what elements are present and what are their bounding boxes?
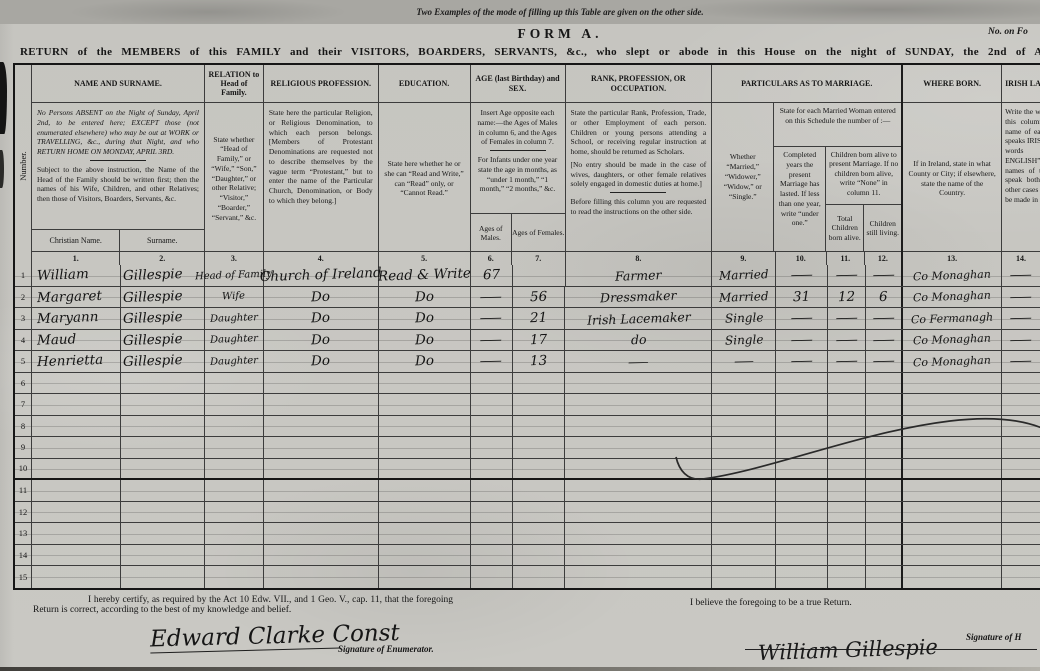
cell-married bbox=[712, 480, 776, 501]
age-instructions: Insert Age opposite each name:—the Ages … bbox=[471, 103, 565, 213]
cell-irish: — bbox=[1002, 330, 1040, 351]
handwritten-entry: 56 bbox=[530, 288, 548, 305]
cell-christian bbox=[32, 394, 121, 415]
handwritten-entry: Do bbox=[414, 353, 434, 370]
cell-relation bbox=[205, 566, 264, 588]
cell-surname bbox=[121, 459, 205, 479]
cell-irish bbox=[1002, 523, 1040, 544]
age-note2: For Infants under one year state the age… bbox=[476, 155, 560, 194]
cell-age_m: — bbox=[471, 287, 513, 308]
cell-relation bbox=[205, 545, 264, 566]
cell-married bbox=[712, 394, 776, 415]
handwritten-entry: — bbox=[835, 332, 859, 348]
cell-total: — bbox=[828, 330, 866, 351]
handwritten-entry: — bbox=[733, 354, 754, 368]
enumerator-certification-text: I hereby certify, as required by the Act… bbox=[33, 595, 453, 616]
cell-no: 15 bbox=[15, 566, 32, 588]
cell-irish bbox=[1002, 394, 1040, 415]
cell-age_m bbox=[471, 437, 513, 458]
table-row: 5HenriettaGillespieDaughterDoDo—13—————C… bbox=[15, 351, 1040, 373]
row-number: 6 bbox=[21, 378, 25, 388]
cell-religion: Do bbox=[264, 308, 379, 329]
enumerator-signature-label: Signature of Enumerator. bbox=[338, 644, 434, 654]
handwritten-entry: do bbox=[630, 332, 646, 348]
cell-education bbox=[379, 416, 471, 437]
cell-years: 31 bbox=[776, 287, 828, 308]
cell-occupation bbox=[565, 459, 712, 479]
handwritten-entry: Irish Lacemaker bbox=[586, 309, 690, 328]
cell-age_f bbox=[513, 545, 566, 566]
handwritten-entry: Church of Ireland bbox=[260, 265, 382, 285]
row-number: 12 bbox=[19, 507, 28, 517]
cell-years bbox=[776, 545, 828, 566]
whereborn-title: WHERE BORN. bbox=[903, 65, 1001, 103]
cell-occupation bbox=[565, 437, 712, 458]
cell-age_m bbox=[471, 502, 513, 523]
row-number: 9 bbox=[21, 442, 25, 452]
form-title: FORM A. bbox=[455, 26, 665, 42]
cell-age_f: 17 bbox=[513, 330, 566, 351]
cell-years bbox=[776, 373, 828, 394]
cell-born bbox=[903, 523, 1002, 544]
head-signature-label: Signature of H bbox=[966, 632, 1022, 642]
handwritten-entry: — bbox=[835, 267, 859, 283]
cell-education: Do bbox=[379, 330, 471, 351]
cell-living: 6 bbox=[866, 287, 903, 308]
cell-religion bbox=[264, 373, 379, 394]
cell-occupation bbox=[565, 480, 712, 501]
cell-no: 5 bbox=[15, 351, 32, 372]
cell-relation: Wife bbox=[205, 287, 264, 308]
cell-age_m: — bbox=[471, 330, 513, 351]
completed-years-instructions: Completed years the present Marriage has… bbox=[774, 147, 826, 251]
name-note1: No Persons ABSENT on the Night of Sunday… bbox=[37, 108, 199, 157]
name-subheaders: Christian Name. Surname. bbox=[32, 229, 204, 251]
cell-married: — bbox=[712, 351, 776, 372]
handwritten-entry: Read & Write bbox=[378, 266, 471, 285]
religion-instructions: State here the particular Religion, or R… bbox=[264, 103, 378, 251]
handwritten-entry: Wife bbox=[222, 291, 245, 303]
cell-education bbox=[379, 437, 471, 458]
cell-living bbox=[866, 394, 903, 415]
handwritten-entry: Gillespie bbox=[123, 309, 183, 327]
cell-living: — bbox=[866, 308, 903, 329]
handwritten-entry: Do bbox=[311, 310, 331, 327]
cell-christian bbox=[32, 502, 121, 523]
marriage-title: PARTICULARS AS TO MARRIAGE. bbox=[712, 65, 901, 103]
handwritten-entry: Daughter bbox=[210, 312, 258, 325]
age-title: AGE (last Birthday) and SEX. bbox=[471, 65, 565, 103]
cell-occupation bbox=[565, 416, 712, 437]
cell-religion bbox=[264, 566, 379, 588]
handwritten-entry: Do bbox=[414, 331, 434, 348]
table-row: 15 bbox=[15, 566, 1040, 588]
table-row: 10 bbox=[15, 459, 1040, 481]
cell-living: — bbox=[866, 265, 903, 286]
cell-surname bbox=[121, 502, 205, 523]
cell-christian: Maryann bbox=[32, 308, 121, 329]
cell-total bbox=[828, 459, 866, 479]
table-row: 14 bbox=[15, 545, 1040, 567]
cell-years bbox=[776, 437, 828, 458]
cell-religion: Do bbox=[264, 351, 379, 372]
cell-born bbox=[903, 566, 1002, 588]
cell-born: Co Fermanagh bbox=[903, 308, 1002, 329]
handwritten-entry: Henrietta bbox=[37, 352, 104, 370]
cell-age_m: — bbox=[471, 351, 513, 372]
handwritten-entry: Do bbox=[414, 310, 434, 327]
marriage-zone: Whether “Married,” “Widower,” “Widow,” o… bbox=[712, 103, 901, 251]
cell-years bbox=[776, 523, 828, 544]
cell-education bbox=[379, 373, 471, 394]
cell-education bbox=[379, 566, 471, 588]
children-living-subheader: Children still living. bbox=[864, 205, 901, 251]
handwritten-entry: 13 bbox=[530, 353, 548, 370]
cell-relation: Daughter bbox=[205, 308, 264, 329]
head-of-family-signature: William Gillespie bbox=[758, 635, 939, 665]
cell-religion bbox=[264, 437, 379, 458]
handwritten-entry: 21 bbox=[530, 310, 548, 327]
row-number: 15 bbox=[19, 572, 28, 582]
cell-irish: — bbox=[1002, 308, 1040, 329]
children-born-note: Children born alive to present Marriage.… bbox=[826, 147, 901, 205]
cell-years: — bbox=[776, 308, 828, 329]
table-row: 11 bbox=[15, 480, 1040, 502]
name-column-numbers: 1. 2. bbox=[32, 251, 204, 265]
column-number-4: 4. bbox=[264, 251, 378, 265]
cell-age_m bbox=[471, 480, 513, 501]
cell-surname bbox=[121, 373, 205, 394]
cell-age_f bbox=[513, 373, 566, 394]
cell-married: Married bbox=[712, 265, 776, 286]
cell-total bbox=[828, 437, 866, 458]
age-subheaders: Ages of Males. Ages of Females. bbox=[471, 213, 565, 251]
cell-born: Co Monaghan bbox=[903, 351, 1002, 372]
cell-total bbox=[828, 523, 866, 544]
handwritten-entry: Daughter bbox=[210, 333, 258, 346]
cell-christian bbox=[32, 437, 121, 458]
handwritten-entry: — bbox=[872, 267, 896, 283]
cell-age_f: 56 bbox=[513, 287, 566, 308]
cell-age_f bbox=[513, 523, 566, 544]
cell-no: 6 bbox=[15, 373, 32, 394]
column-irish-header: IRISH LANGUAGE. Write the word “IRISH” i… bbox=[1002, 65, 1040, 265]
relation-title: RELATION to Head of Family. bbox=[205, 65, 263, 103]
cell-christian bbox=[32, 480, 121, 501]
handwritten-entry: William bbox=[37, 266, 89, 284]
cell-christian bbox=[32, 566, 121, 588]
cell-married bbox=[712, 416, 776, 437]
handwritten-entry: — bbox=[835, 353, 859, 369]
cell-education: Do bbox=[379, 351, 471, 372]
cell-surname: Gillespie bbox=[121, 287, 205, 308]
cell-age_m bbox=[471, 523, 513, 544]
cell-married bbox=[712, 523, 776, 544]
cell-years bbox=[776, 502, 828, 523]
table-row: 13 bbox=[15, 523, 1040, 545]
cell-relation bbox=[205, 502, 264, 523]
cell-education bbox=[379, 523, 471, 544]
cell-living bbox=[866, 373, 903, 394]
cell-religion bbox=[264, 459, 379, 479]
cell-years bbox=[776, 480, 828, 501]
cell-religion: Church of Ireland bbox=[264, 265, 379, 286]
cell-age_m bbox=[471, 394, 513, 415]
handwritten-entry: Single bbox=[724, 311, 763, 326]
cell-occupation: Irish Lacemaker bbox=[565, 308, 712, 329]
handwritten-entry: — bbox=[790, 310, 814, 326]
cell-occupation: do bbox=[565, 330, 712, 351]
handwritten-entry: 17 bbox=[530, 332, 548, 349]
cell-religion: Do bbox=[264, 330, 379, 351]
relation-instructions: State whether “Head of Family,” or “Wife… bbox=[205, 103, 263, 251]
cell-relation: Daughter bbox=[205, 351, 264, 372]
cell-religion bbox=[264, 523, 379, 544]
cell-years bbox=[776, 566, 828, 588]
handwritten-entry: — bbox=[872, 332, 896, 348]
table-row: 2MargaretGillespieWifeDoDo—56DressmakerM… bbox=[15, 287, 1040, 309]
cell-married bbox=[712, 566, 776, 588]
age-note1: Insert Age opposite each name:—the Ages … bbox=[476, 108, 560, 147]
cell-living bbox=[866, 566, 903, 588]
cell-total bbox=[828, 502, 866, 523]
irish-title: IRISH LANGUAGE. bbox=[1002, 65, 1040, 103]
column-occupation-header: RANK, PROFESSION, OR OCCUPATION. State t… bbox=[566, 65, 713, 265]
cell-irish: — bbox=[1002, 287, 1040, 308]
cell-total bbox=[828, 394, 866, 415]
cell-no: 9 bbox=[15, 437, 32, 458]
table-row: 8 bbox=[15, 416, 1040, 438]
cell-born bbox=[903, 437, 1002, 458]
census-table: Number. NAME AND SURNAME. No Persons ABS… bbox=[13, 63, 1040, 590]
cell-occupation: Farmer bbox=[566, 265, 713, 286]
cell-surname bbox=[121, 523, 205, 544]
table-row: 12 bbox=[15, 502, 1040, 524]
cell-education: Do bbox=[379, 308, 471, 329]
enumerator-signature: Edward Clarke Const bbox=[150, 622, 341, 654]
cell-relation bbox=[205, 373, 264, 394]
occupation-note2: [No entry should be made in the case of … bbox=[571, 160, 707, 189]
cell-occupation bbox=[565, 394, 712, 415]
cell-surname bbox=[121, 437, 205, 458]
cell-living bbox=[866, 437, 903, 458]
cell-total bbox=[828, 566, 866, 588]
cell-age_m bbox=[471, 416, 513, 437]
handwritten-entry: Do bbox=[414, 288, 434, 305]
cell-no: 2 bbox=[15, 287, 32, 308]
column-number-7: 7. bbox=[512, 252, 564, 265]
cell-no: 12 bbox=[15, 502, 32, 523]
marriage-subzone: Completed years the present Marriage has… bbox=[774, 147, 901, 251]
cell-christian: William bbox=[32, 265, 121, 286]
divider-rule bbox=[610, 192, 666, 193]
handwritten-entry: Co Fermanagh bbox=[911, 310, 993, 326]
cell-born bbox=[903, 545, 1002, 566]
handwritten-entry: — bbox=[1009, 353, 1033, 369]
cell-age_f bbox=[513, 265, 566, 286]
handwritten-entry: Co Monaghan bbox=[913, 289, 991, 305]
handwritten-entry: — bbox=[872, 353, 896, 369]
column-number-10: 10. bbox=[776, 252, 827, 265]
row-number: 11 bbox=[19, 485, 27, 495]
cell-irish: — bbox=[1002, 265, 1040, 286]
cell-total: 12 bbox=[828, 287, 866, 308]
handwritten-entry: Gillespie bbox=[123, 288, 183, 306]
cell-irish bbox=[1002, 566, 1040, 588]
row-number: 10 bbox=[19, 463, 28, 473]
cell-religion bbox=[264, 416, 379, 437]
cell-relation: Head of Family bbox=[205, 265, 264, 286]
cell-age_f: 21 bbox=[513, 308, 566, 329]
cell-no: 3 bbox=[15, 308, 32, 329]
cell-christian: Maud bbox=[32, 330, 121, 351]
scan-edge-artifact bbox=[0, 62, 7, 134]
column-number-12: 12. bbox=[865, 252, 902, 265]
occupation-title: RANK, PROFESSION, OR OCCUPATION. bbox=[566, 65, 712, 103]
divider-rule bbox=[90, 160, 146, 161]
cell-irish bbox=[1002, 545, 1040, 566]
handwritten-entry: Farmer bbox=[615, 267, 662, 284]
cell-irish bbox=[1002, 373, 1040, 394]
handwritten-entry: Gillespie bbox=[123, 266, 183, 284]
row-number: 5 bbox=[21, 356, 25, 366]
cell-total: — bbox=[828, 351, 866, 372]
handwritten-entry: Co Monaghan bbox=[913, 353, 991, 369]
handwritten-entry: — bbox=[1009, 267, 1033, 283]
cell-relation bbox=[205, 480, 264, 501]
table-row: 7 bbox=[15, 394, 1040, 416]
cell-christian bbox=[32, 459, 121, 479]
return-heading: RETURN of the MEMBERS of this FAMILY and… bbox=[20, 46, 1040, 58]
column-number-13: 13. bbox=[903, 251, 1001, 265]
cell-relation: Daughter bbox=[205, 330, 264, 351]
cell-no: 14 bbox=[15, 545, 32, 566]
cell-age_f bbox=[513, 480, 566, 501]
cell-christian bbox=[32, 545, 121, 566]
cell-occupation: — bbox=[565, 351, 712, 372]
cell-relation bbox=[205, 437, 264, 458]
cell-occupation bbox=[565, 502, 712, 523]
cell-irish bbox=[1002, 459, 1040, 479]
cell-living bbox=[866, 480, 903, 501]
table-row: 3MaryannGillespieDaughterDoDo—21Irish La… bbox=[15, 308, 1040, 330]
handwritten-entry: — bbox=[1009, 332, 1033, 348]
marriage-column-numbers: 9. 10. 11. 12. bbox=[712, 251, 901, 265]
table-row: 4MaudGillespieDaughterDoDo—17doSingle———… bbox=[15, 330, 1040, 352]
cell-married: Married bbox=[712, 287, 776, 308]
married-woman-note: State for each Married Woman entered on … bbox=[774, 103, 901, 147]
cell-age_f bbox=[513, 437, 566, 458]
row-number: 1 bbox=[21, 270, 25, 280]
column-relation-header: RELATION to Head of Family. State whethe… bbox=[205, 65, 264, 265]
cell-years bbox=[776, 394, 828, 415]
column-number-8: 8. bbox=[566, 251, 712, 265]
handwritten-entry: Maryann bbox=[37, 309, 99, 327]
column-number-2: 2. bbox=[120, 252, 204, 265]
cell-no: 4 bbox=[15, 330, 32, 351]
handwritten-entry: — bbox=[479, 332, 503, 348]
column-number-5: 5. bbox=[379, 251, 470, 265]
handwritten-entry: 31 bbox=[793, 288, 811, 305]
cell-born bbox=[903, 394, 1002, 415]
cell-surname bbox=[121, 566, 205, 588]
handwritten-entry: Do bbox=[311, 353, 331, 370]
cell-married: Single bbox=[712, 330, 776, 351]
handwritten-entry: Maud bbox=[37, 331, 77, 348]
cell-religion bbox=[264, 394, 379, 415]
handwritten-entry: Co Monaghan bbox=[913, 332, 991, 348]
cell-age_f bbox=[513, 502, 566, 523]
name-note2: Subject to the above instruction, the Na… bbox=[37, 165, 199, 204]
handwritten-entry: — bbox=[790, 353, 814, 369]
cell-irish bbox=[1002, 437, 1040, 458]
row-number: 2 bbox=[21, 292, 25, 302]
handwritten-entry: — bbox=[479, 310, 503, 326]
children-subheaders: Total Children born alive. Children stil… bbox=[826, 205, 901, 251]
column-number-14: 14. bbox=[1002, 251, 1040, 265]
cell-surname: Gillespie bbox=[121, 308, 205, 329]
cell-total bbox=[828, 480, 866, 501]
cell-years: — bbox=[776, 265, 828, 286]
row-number: 14 bbox=[19, 550, 28, 560]
cell-education bbox=[379, 480, 471, 501]
number-column-title: Number. bbox=[18, 134, 28, 198]
row-number: 8 bbox=[21, 421, 25, 431]
table-row: 1WilliamGillespieHead of FamilyChurch of… bbox=[15, 265, 1040, 287]
cell-occupation bbox=[565, 523, 712, 544]
column-age-header: AGE (last Birthday) and SEX. Insert Age … bbox=[471, 65, 566, 265]
cell-married: Single bbox=[712, 308, 776, 329]
cell-christian: Margaret bbox=[32, 287, 121, 308]
table-row: 9 bbox=[15, 437, 1040, 459]
column-religion-header: RELIGIOUS PROFESSION. State here the par… bbox=[264, 65, 379, 265]
occupation-note3: Before filling this column you are reque… bbox=[571, 197, 707, 217]
cell-married bbox=[712, 545, 776, 566]
handwritten-entry: Single bbox=[724, 332, 763, 347]
cell-married bbox=[712, 437, 776, 458]
cell-irish: — bbox=[1002, 351, 1040, 372]
handwritten-entry: — bbox=[479, 353, 503, 369]
column-number-9: 9. bbox=[712, 252, 775, 265]
age-column-numbers: 6. 7. bbox=[471, 251, 565, 265]
religion-title: RELIGIOUS PROFESSION. bbox=[264, 65, 378, 103]
christian-name-subheader: Christian Name. bbox=[32, 230, 120, 251]
whereborn-instructions: If in Ireland, state in what County or C… bbox=[903, 103, 1001, 251]
cell-total: — bbox=[828, 308, 866, 329]
cell-religion: Do bbox=[264, 287, 379, 308]
ages-of-males-subheader: Ages of Males. bbox=[471, 214, 513, 251]
cell-living bbox=[866, 545, 903, 566]
irish-instructions-wrap: Write the word “IRISH” in this column op… bbox=[1002, 103, 1040, 251]
row-number: 4 bbox=[21, 335, 25, 345]
cell-irish bbox=[1002, 502, 1040, 523]
column-number-3: 3. bbox=[205, 251, 263, 265]
cell-age_f bbox=[513, 566, 566, 588]
cell-education bbox=[379, 459, 471, 479]
cell-education bbox=[379, 394, 471, 415]
cell-years: — bbox=[776, 351, 828, 372]
cell-education bbox=[379, 545, 471, 566]
cell-age_m: — bbox=[471, 308, 513, 329]
handwritten-entry: 6 bbox=[879, 289, 888, 305]
whether-married-instructions: Whether “Married,” “Widower,” “Widow,” o… bbox=[712, 103, 774, 251]
cell-no: 11 bbox=[15, 480, 32, 501]
census-form-scan: Two Examples of the mode of filling up t… bbox=[0, 0, 1040, 671]
cell-irish bbox=[1002, 480, 1040, 501]
cell-religion bbox=[264, 545, 379, 566]
row-number: 13 bbox=[19, 528, 28, 538]
column-number-11: 11. bbox=[827, 252, 865, 265]
